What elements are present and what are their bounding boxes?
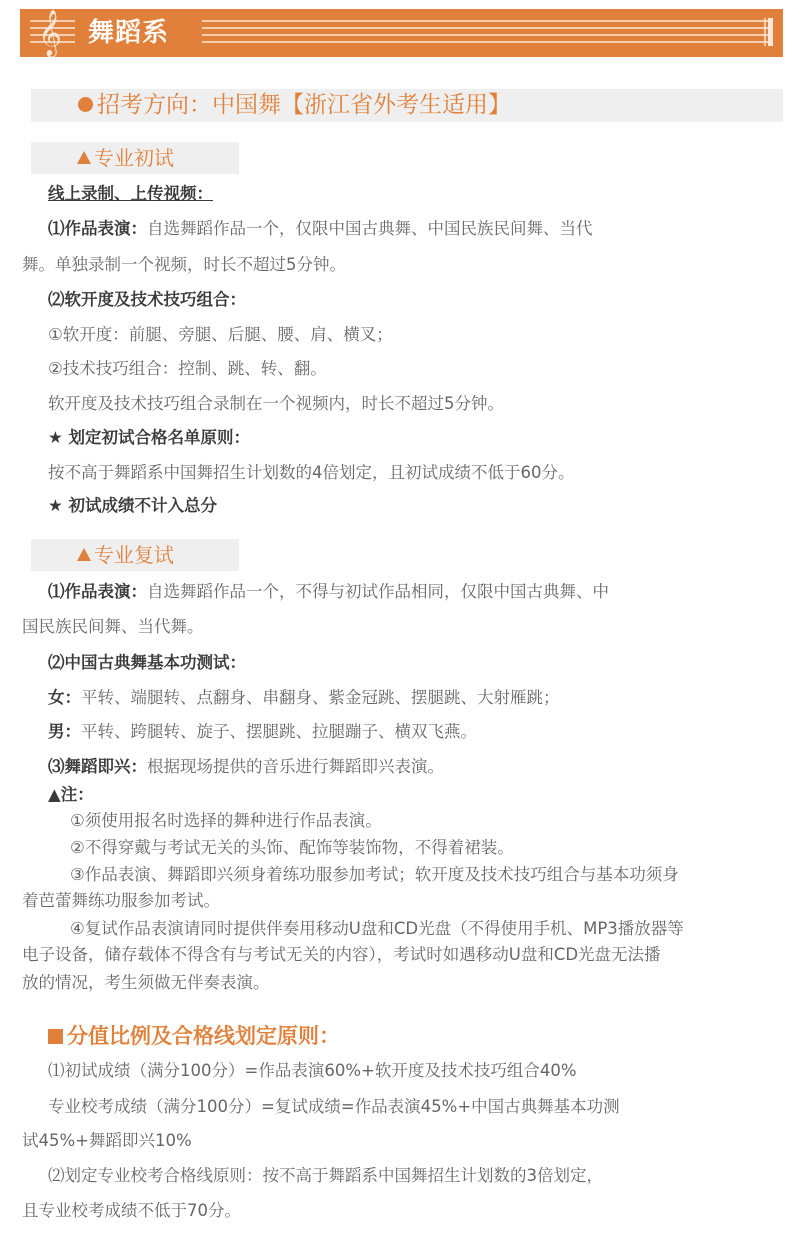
retest-note1: ①须使用报名时选择的舞种进行作品表演。 (70, 810, 382, 832)
bullet-dot-icon (78, 97, 93, 112)
scoring-line2-cont: 试45%+舞蹈即兴10% (22, 1130, 192, 1152)
scoring-line2: 专业校考成绩（满分100分）=复试成绩=作品表演45%+中国古典舞基本功测 (48, 1096, 620, 1118)
prelim-item1-cont: 舞。单独录制一个视频，时长不超过5分钟。 (22, 254, 346, 276)
prelim-rule-text: 按不高于舞蹈系中国舞招生计划数的4倍划定，且初试成绩不低于60分。 (48, 462, 575, 484)
square-bullet-icon (48, 1029, 63, 1044)
scoring-line1: ⑴初试成绩（满分100分）=作品表演60%+软开度及技术技巧组合40% (48, 1060, 577, 1082)
triangle-icon (77, 151, 91, 164)
preliminary-heading-text: 专业初试 (94, 146, 174, 170)
scoring-line3-cont: 且专业校考成绩不低于70分。 (22, 1200, 241, 1222)
admission-direction-heading: 招考方向：中国舞【浙江省外考生适用】 (31, 89, 783, 122)
retest-item1-cont: 国民族民间舞、当代舞。 (22, 616, 204, 638)
scoring-heading: 分值比例及合格线划定原则： (48, 1022, 340, 1050)
direction-text: 招考方向：中国舞【浙江省外考生适用】 (97, 92, 511, 118)
retest-item2: ⑵中国古典舞基本功测试： (48, 652, 246, 674)
retest-note4-cont2: 放的情况，考生须做无伴奏表演。 (22, 972, 270, 994)
retest-item1: ⑴作品表演：自选舞蹈作品一个，不得与初试作品相同，仅限中国古典舞、中 (48, 581, 609, 603)
retest-female: 女：平转、端腿转、点翻身、串翻身、紫金冠跳、摆腿跳、大射雁跳； (48, 687, 560, 709)
retest-heading-text: 专业复试 (94, 543, 174, 567)
prelim-item2-flexibility: ①软开度：前腿、旁腿、后腿、腰、肩、横叉； (48, 324, 393, 346)
retest-male: 男：平转、跨腿转、旋子、摆腿跳、拉腿蹦子、横双飞燕。 (48, 721, 477, 743)
treble-clef-icon: 𝄞 (32, 11, 68, 55)
department-banner: 𝄞 舞蹈系 (20, 9, 783, 57)
retest-heading: 专业复试 (31, 539, 239, 571)
retest-note-label: ▲注： (48, 784, 94, 806)
preliminary-heading: 专业初试 (31, 142, 239, 174)
retest-note4: ④复试作品表演请同时提供伴奏用移动U盘和CD光盘（不得使用手机、MP3播放器等 (70, 918, 684, 940)
prelim-item2-technique: ②技术技巧组合：控制、跳、转、翻。 (48, 358, 327, 380)
banner-title: 舞蹈系 (80, 15, 177, 51)
retest-note3-cont: 着芭蕾舞练功服参加考试。 (22, 890, 220, 912)
prelim-item1: ⑴作品表演：自选舞蹈作品一个，仅限中国古典舞、中国民族民间舞、当代 (48, 218, 593, 240)
scoring-line3: ⑵划定专业校考合格线原则：按不高于舞蹈系中国舞招生计划数的3倍划定， (48, 1165, 603, 1187)
prelim-item2: ⑵软开度及技术技巧组合： (48, 289, 246, 311)
prelim-item2-note: 软开度及技术技巧组合录制在一个视频内，时长不超过5分钟。 (48, 393, 504, 415)
retest-note3: ③作品表演、舞蹈即兴须身着练功服参加考试；软开度及技术技巧组合与基本功须身 (70, 864, 679, 886)
retest-note4-cont1: 电子设备，储存载体不得含有与考试无关的内容），考试时如遇移动U盘和CD光盘无法播 (22, 944, 661, 966)
retest-item3: ⑶舞蹈即兴：根据现场提供的音乐进行舞蹈即兴表演。 (48, 756, 444, 778)
prelim-rule-label: ★ 划定初试合格名单原则： (48, 427, 250, 449)
retest-note2: ②不得穿戴与考试无关的头饰、配饰等装饰物，不得着裙装。 (70, 837, 514, 859)
triangle-icon (77, 548, 91, 561)
prelim-score-note: ★ 初试成绩不计入总分 (48, 495, 217, 517)
online-recording-label: 线上录制、上传视频： (48, 183, 213, 205)
